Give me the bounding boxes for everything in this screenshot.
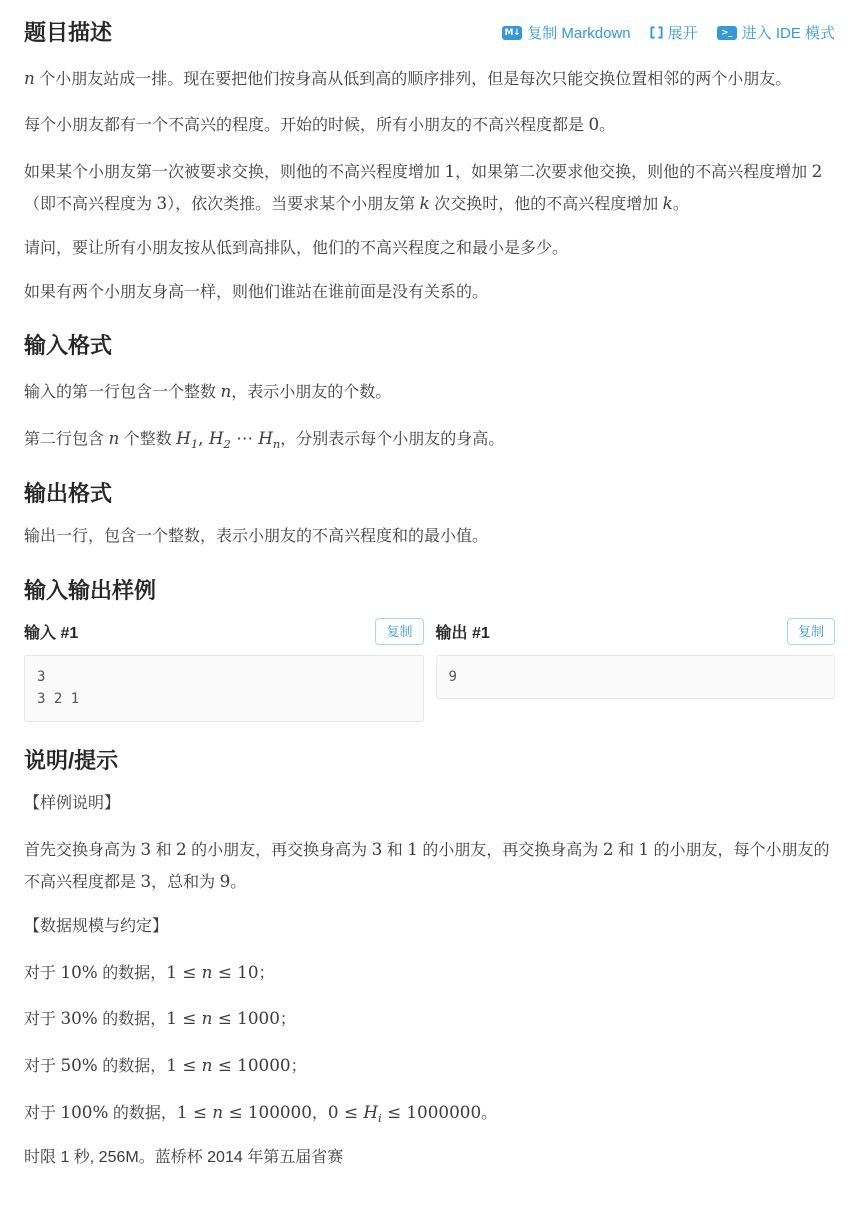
sample-output-panel: 输出 #1 复制 9 [436, 618, 836, 722]
description-paragraph: 请问，要让所有小朋友按从低到高排队，他们的不高兴程度之和最小是多少。 [24, 235, 835, 264]
section-title-description: 题目描述 [24, 18, 112, 48]
section-title-output-format: 输出格式 [24, 479, 835, 509]
sample-input-code: 3 3 2 1 [24, 655, 424, 722]
enter-ide-link[interactable]: >_ 进入 IDE 模式 [717, 22, 835, 43]
sample-output-label: 输出 #1 [436, 620, 490, 643]
section-title-notes: 说明/提示 [24, 746, 835, 776]
notes-paragraph: 【样例说明】 [24, 790, 835, 819]
description-paragraph: 如果有两个小朋友身高一样，则他们谁站在谁前面是没有关系的。 [24, 279, 835, 308]
description-header: 题目描述 M↓ 复制 Markdown 展开 >_ 进入 IDE 模式 [24, 18, 835, 48]
sample-output-code: 9 [436, 655, 836, 699]
sample-input-panel: 输入 #1 复制 3 3 2 1 [24, 618, 424, 722]
expand-label: 展开 [668, 22, 698, 43]
section-title-input-format: 输入格式 [24, 331, 835, 361]
notes-paragraph: 【数据规模与约定】 [24, 913, 835, 942]
notes-paragraph: 对于 10% 的数据，1 ≤ n ≤ 10； [24, 957, 835, 989]
copy-input-button[interactable]: 复制 [375, 618, 423, 645]
input-format-paragraph: 第二行包含 n 个整数 H1, H2 ⋯ Hn，分别表示每个小朋友的身高。 [24, 423, 835, 455]
notes-paragraph: 对于 50% 的数据，1 ≤ n ≤ 10000； [24, 1050, 835, 1082]
notes-paragraph: 对于 100% 的数据，1 ≤ n ≤ 100000，0 ≤ Hi ≤ 1000… [24, 1097, 835, 1129]
notes-paragraph: 对于 30% 的数据，1 ≤ n ≤ 1000； [24, 1003, 835, 1035]
section-title-samples: 输入输出样例 [24, 576, 835, 606]
expand-link[interactable]: 展开 [650, 22, 698, 43]
description-paragraph: 每个小朋友都有一个不高兴的程度。开始的时候，所有小朋友的不高兴程度都是 0。 [24, 109, 835, 141]
description-paragraph: n 个小朋友站成一排。现在要把他们按身高从低到高的顺序排列，但是每次只能交换位置… [24, 63, 835, 95]
input-format-paragraph: 输入的第一行包含一个整数 n，表示小朋友的个数。 [24, 376, 835, 408]
output-format-paragraph: 输出一行，包含一个整数，表示小朋友的不高兴程度和的最小值。 [24, 523, 835, 552]
sample-output-head: 输出 #1 复制 [436, 618, 836, 645]
notes-paragraph: 首先交换身高为 3 和 2 的小朋友，再交换身高为 3 和 1 的小朋友，再交换… [24, 834, 835, 898]
header-actions: M↓ 复制 Markdown 展开 >_ 进入 IDE 模式 [502, 22, 835, 43]
copy-markdown-label: 复制 Markdown [527, 22, 630, 43]
copy-markdown-link[interactable]: M↓ 复制 Markdown [502, 22, 630, 43]
expand-icon [650, 26, 663, 39]
terminal-icon: >_ [717, 26, 737, 40]
samples-row: 输入 #1 复制 3 3 2 1 输出 #1 复制 9 [24, 618, 835, 722]
notes-paragraph: 时限 1 秒, 256M。蓝桥杯 2014 年第五届省赛 [24, 1144, 835, 1173]
enter-ide-label: 进入 IDE 模式 [742, 22, 835, 43]
description-paragraph: 如果某个小朋友第一次被要求交换，则他的不高兴程度增加 1，如果第二次要求他交换，… [24, 156, 835, 220]
problem-page: 题目描述 M↓ 复制 Markdown 展开 >_ 进入 IDE 模式 n 个小… [0, 0, 859, 1206]
markdown-icon: M↓ [502, 26, 522, 40]
sample-input-head: 输入 #1 复制 [24, 618, 424, 645]
sample-input-label: 输入 #1 [24, 620, 78, 643]
copy-output-button[interactable]: 复制 [787, 618, 835, 645]
